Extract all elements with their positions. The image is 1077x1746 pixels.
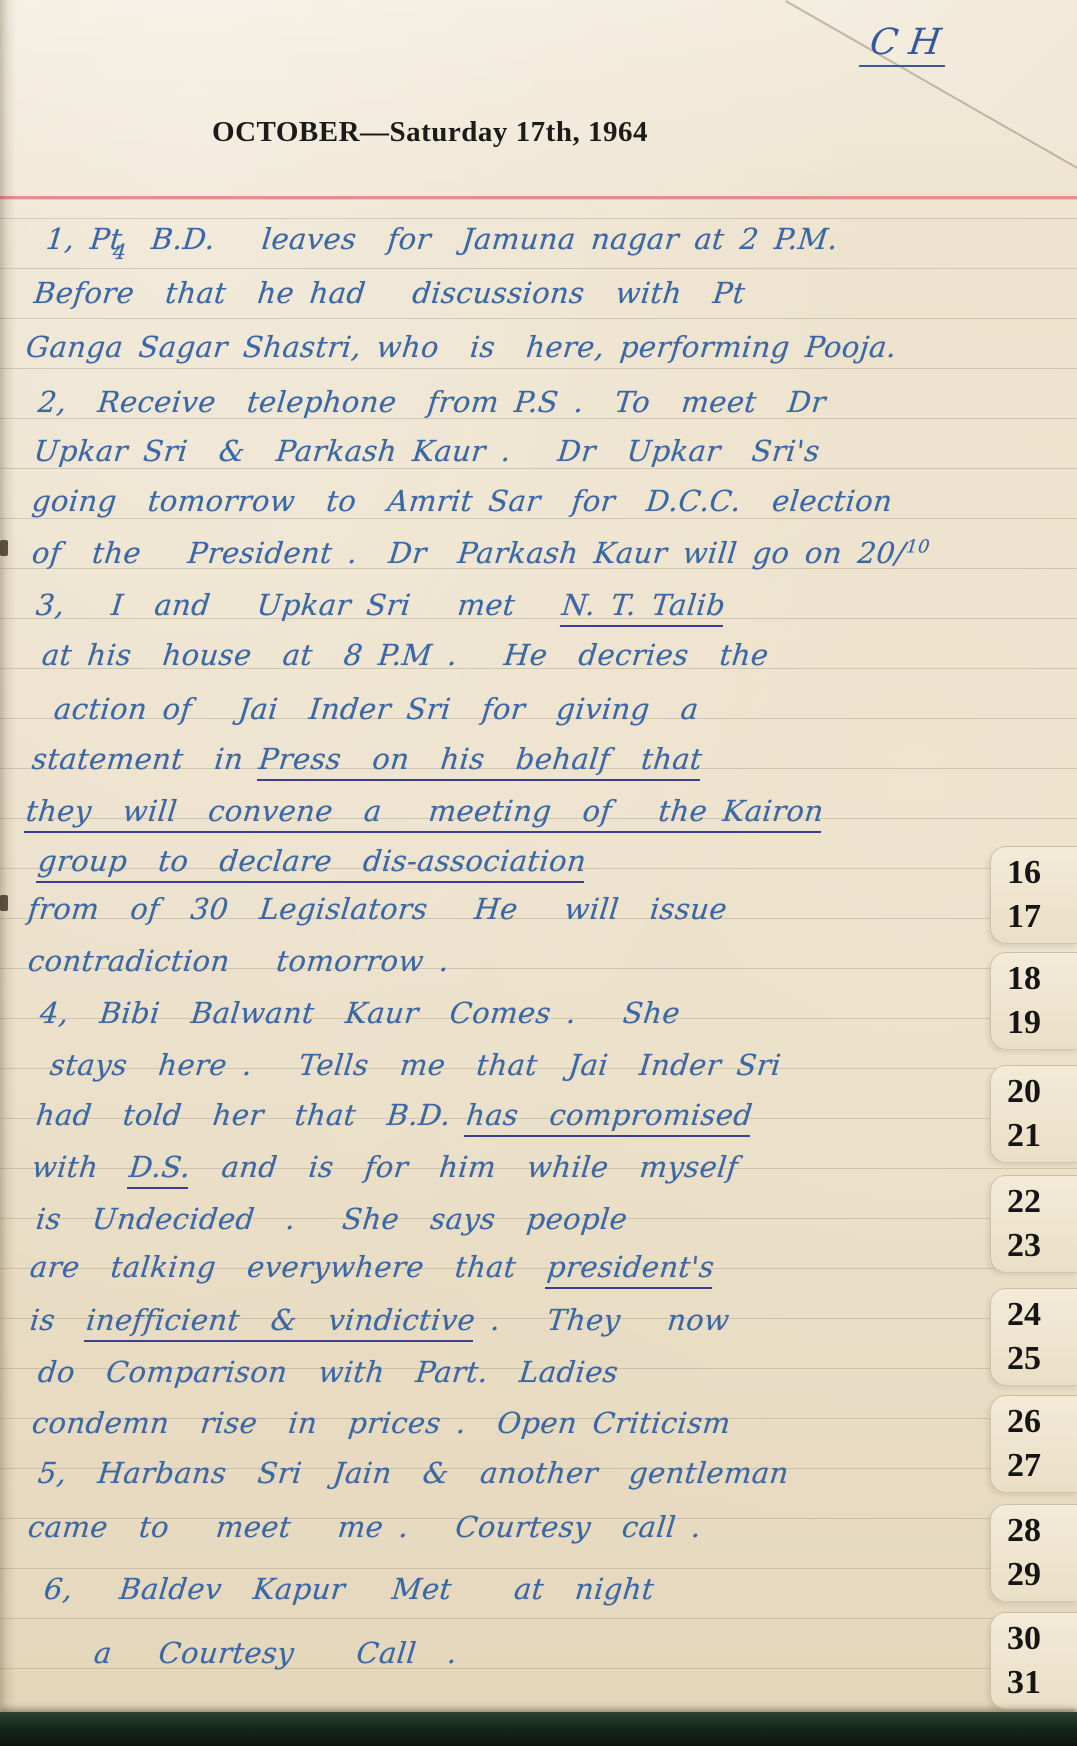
diary-text-segment: do Comparison with Part. Ladies: [36, 1355, 620, 1389]
date-tab-number-19: 19: [991, 1002, 1077, 1044]
date-tab-number-22: 22: [991, 1181, 1077, 1223]
diary-text-segment: are talking everywhere that: [28, 1250, 549, 1284]
diary-text-segment: action of Jai Inder Sri for giving a: [52, 692, 700, 726]
diary-line-24: condemn rise in prices . Open Criticism: [30, 1406, 732, 1440]
date-tab-24-25: 2425: [990, 1288, 1077, 1386]
diary-text-segment: 10: [905, 536, 931, 557]
date-tab-28-29: 2829: [990, 1504, 1077, 1602]
diary-line-2: Before that he had discussions with Pt: [32, 276, 746, 310]
diary-text-segment: Before that he had discussions with Pt: [32, 276, 746, 310]
book-binding-edge: [0, 1712, 1077, 1746]
diary-text-segment: 2, Receive telephone from P.S . To meet …: [36, 385, 827, 419]
diary-line-3: Ganga Sagar Shastri, who is here, perfor…: [24, 330, 898, 364]
diary-text-segment: 5, Harbans Sri Jain & another gentleman: [36, 1456, 790, 1490]
diary-line-12: they will convene a meeting of the Kairo…: [24, 794, 825, 828]
diary-text-segment: stays here . Tells me that Jai Inder Sri: [48, 1048, 782, 1082]
diary-text-segment: and is for him while myself: [189, 1150, 740, 1184]
diary-text-segment: is Undecided . She says people: [34, 1202, 629, 1236]
diary-line-4: 2, Receive telephone from P.S . To meet …: [36, 385, 827, 419]
diary-text-segment: 4, Bibi Balwant Kaur Comes . She: [38, 996, 681, 1030]
diary-line-26: came to meet me . Courtesy call .: [26, 1510, 702, 1544]
date-tab-number-16: 16: [991, 852, 1077, 894]
diary-line-1: 1, Pt4 B.D. leaves for Jamuna nagar at 2…: [44, 222, 839, 256]
diary-text-segment: Upkar Sri & Parkash Kaur . Dr Upkar Sri'…: [32, 434, 821, 468]
date-tab-number-29: 29: [991, 1554, 1077, 1596]
diary-line-28: a Courtesy Call .: [92, 1636, 459, 1670]
date-tab-22-23: 2223: [990, 1175, 1077, 1273]
underlined-text: they will convene a meeting of the Kairo…: [24, 794, 825, 833]
staple-mark: [0, 895, 8, 911]
printed-date-header: OCTOBER—Saturday 17th, 1964: [0, 116, 860, 149]
underlined-text: inefficient & vindictive: [84, 1303, 477, 1342]
date-tab-number-18: 18: [991, 958, 1077, 1000]
diary-line-21: are talking everywhere that president's: [28, 1250, 716, 1284]
date-tab-16-17: 1617: [990, 846, 1077, 944]
staple-mark: [0, 540, 8, 556]
diary-line-11: statement in Press on his behalf that: [30, 742, 704, 776]
date-tab-30-31: 3031: [990, 1612, 1077, 1710]
date-tab-18-19: 1819: [990, 952, 1077, 1050]
diary-text-segment: . They now: [473, 1303, 731, 1337]
diary-text-segment: statement in: [30, 742, 260, 776]
diary-text-segment: of the President . Dr Parkash Kaur will …: [30, 536, 907, 570]
diary-text-segment: came to meet me . Courtesy call .: [26, 1510, 702, 1544]
diary-text-segment: with: [30, 1150, 131, 1184]
diary-line-10: action of Jai Inder Sri for giving a: [52, 692, 700, 726]
date-tab-number-28: 28: [991, 1510, 1077, 1552]
date-tab-number-21: 21: [991, 1115, 1077, 1157]
date-tab-number-20: 20: [991, 1071, 1077, 1113]
diary-line-22: is inefficient & vindictive . They now: [28, 1303, 731, 1337]
diary-text-segment: a Courtesy Call .: [92, 1636, 459, 1670]
date-tab-number-24: 24: [991, 1294, 1077, 1336]
diary-line-16: 4, Bibi Balwant Kaur Comes . She: [38, 996, 681, 1030]
diary-page-scan: OCTOBER—Saturday 17th, 1964 C H 1, Pt4 B…: [0, 0, 1077, 1746]
diary-text-segment: 4: [112, 240, 128, 264]
date-tab-number-23: 23: [991, 1225, 1077, 1267]
diary-text-segment: going tomorrow to Amrit Sar for D.C.C. e…: [30, 484, 894, 518]
diary-line-9: at his house at 8 P.M . He decries the: [40, 638, 770, 672]
diary-text-segment: had told her that B.D.: [34, 1098, 468, 1132]
diary-line-15: contradiction tomorrow .: [26, 944, 450, 978]
diary-line-13: group to declare dis-association: [36, 844, 588, 878]
corner-annotation: C H: [859, 22, 952, 67]
diary-line-17: stays here . Tells me that Jai Inder Sri: [48, 1048, 782, 1082]
diary-line-8: 3, I and Upkar Sri met N. T. Talib: [34, 588, 727, 622]
diary-line-23: do Comparison with Part. Ladies: [36, 1355, 620, 1389]
top-margin-rule: [0, 196, 1077, 199]
diary-text-segment: contradiction tomorrow .: [26, 944, 450, 978]
diary-line-25: 5, Harbans Sri Jain & another gentleman: [36, 1456, 790, 1490]
diary-text-segment: at his house at 8 P.M . He decries the: [40, 638, 770, 672]
diary-text-segment: condemn rise in prices . Open Criticism: [30, 1406, 732, 1440]
diary-line-6: going tomorrow to Amrit Sar for D.C.C. e…: [30, 484, 894, 518]
date-tab-number-17: 17: [991, 896, 1077, 938]
diary-text-segment: 3, I and Upkar Sri met: [34, 588, 563, 622]
diary-text-segment: Ganga Sagar Shastri, who is here, perfor…: [24, 330, 898, 364]
diary-line-19: with D.S. and is for him while myself: [30, 1150, 739, 1184]
diary-line-7: of the President . Dr Parkash Kaur will …: [30, 536, 931, 570]
diary-line-20: is Undecided . She says people: [34, 1202, 629, 1236]
underlined-text: president's: [545, 1250, 716, 1289]
underlined-text: N. T. Talib: [560, 588, 727, 627]
underlined-text: D.S.: [127, 1150, 192, 1189]
page-left-edge: [0, 0, 16, 1746]
date-tab-number-27: 27: [991, 1445, 1077, 1487]
diary-text-segment: is: [28, 1303, 88, 1337]
date-tab-number-25: 25: [991, 1338, 1077, 1380]
diary-line-27: 6, Baldev Kapur Met at night: [42, 1572, 655, 1606]
diary-line-14: from of 30 Legislators He will issue: [26, 892, 728, 926]
date-tab-number-31: 31: [991, 1662, 1077, 1704]
diary-text-segment: B.D. leaves for Jamuna nagar at 2 P.M.: [134, 222, 839, 256]
diary-text-segment: 6, Baldev Kapur Met at night: [42, 1572, 655, 1606]
diary-text-segment: from of 30 Legislators He will issue: [26, 892, 728, 926]
date-tab-20-21: 2021: [990, 1065, 1077, 1163]
diary-line-18: had told her that B.D. has compromised: [34, 1098, 754, 1132]
date-tab-26-27: 2627: [990, 1395, 1077, 1493]
date-tab-number-30: 30: [991, 1618, 1077, 1660]
underlined-text: Press on his behalf that: [257, 742, 704, 781]
underlined-text: has compromised: [464, 1098, 754, 1137]
diary-line-5: Upkar Sri & Parkash Kaur . Dr Upkar Sri'…: [32, 434, 821, 468]
underlined-text: group to declare dis-association: [36, 844, 588, 883]
date-tab-number-26: 26: [991, 1401, 1077, 1443]
